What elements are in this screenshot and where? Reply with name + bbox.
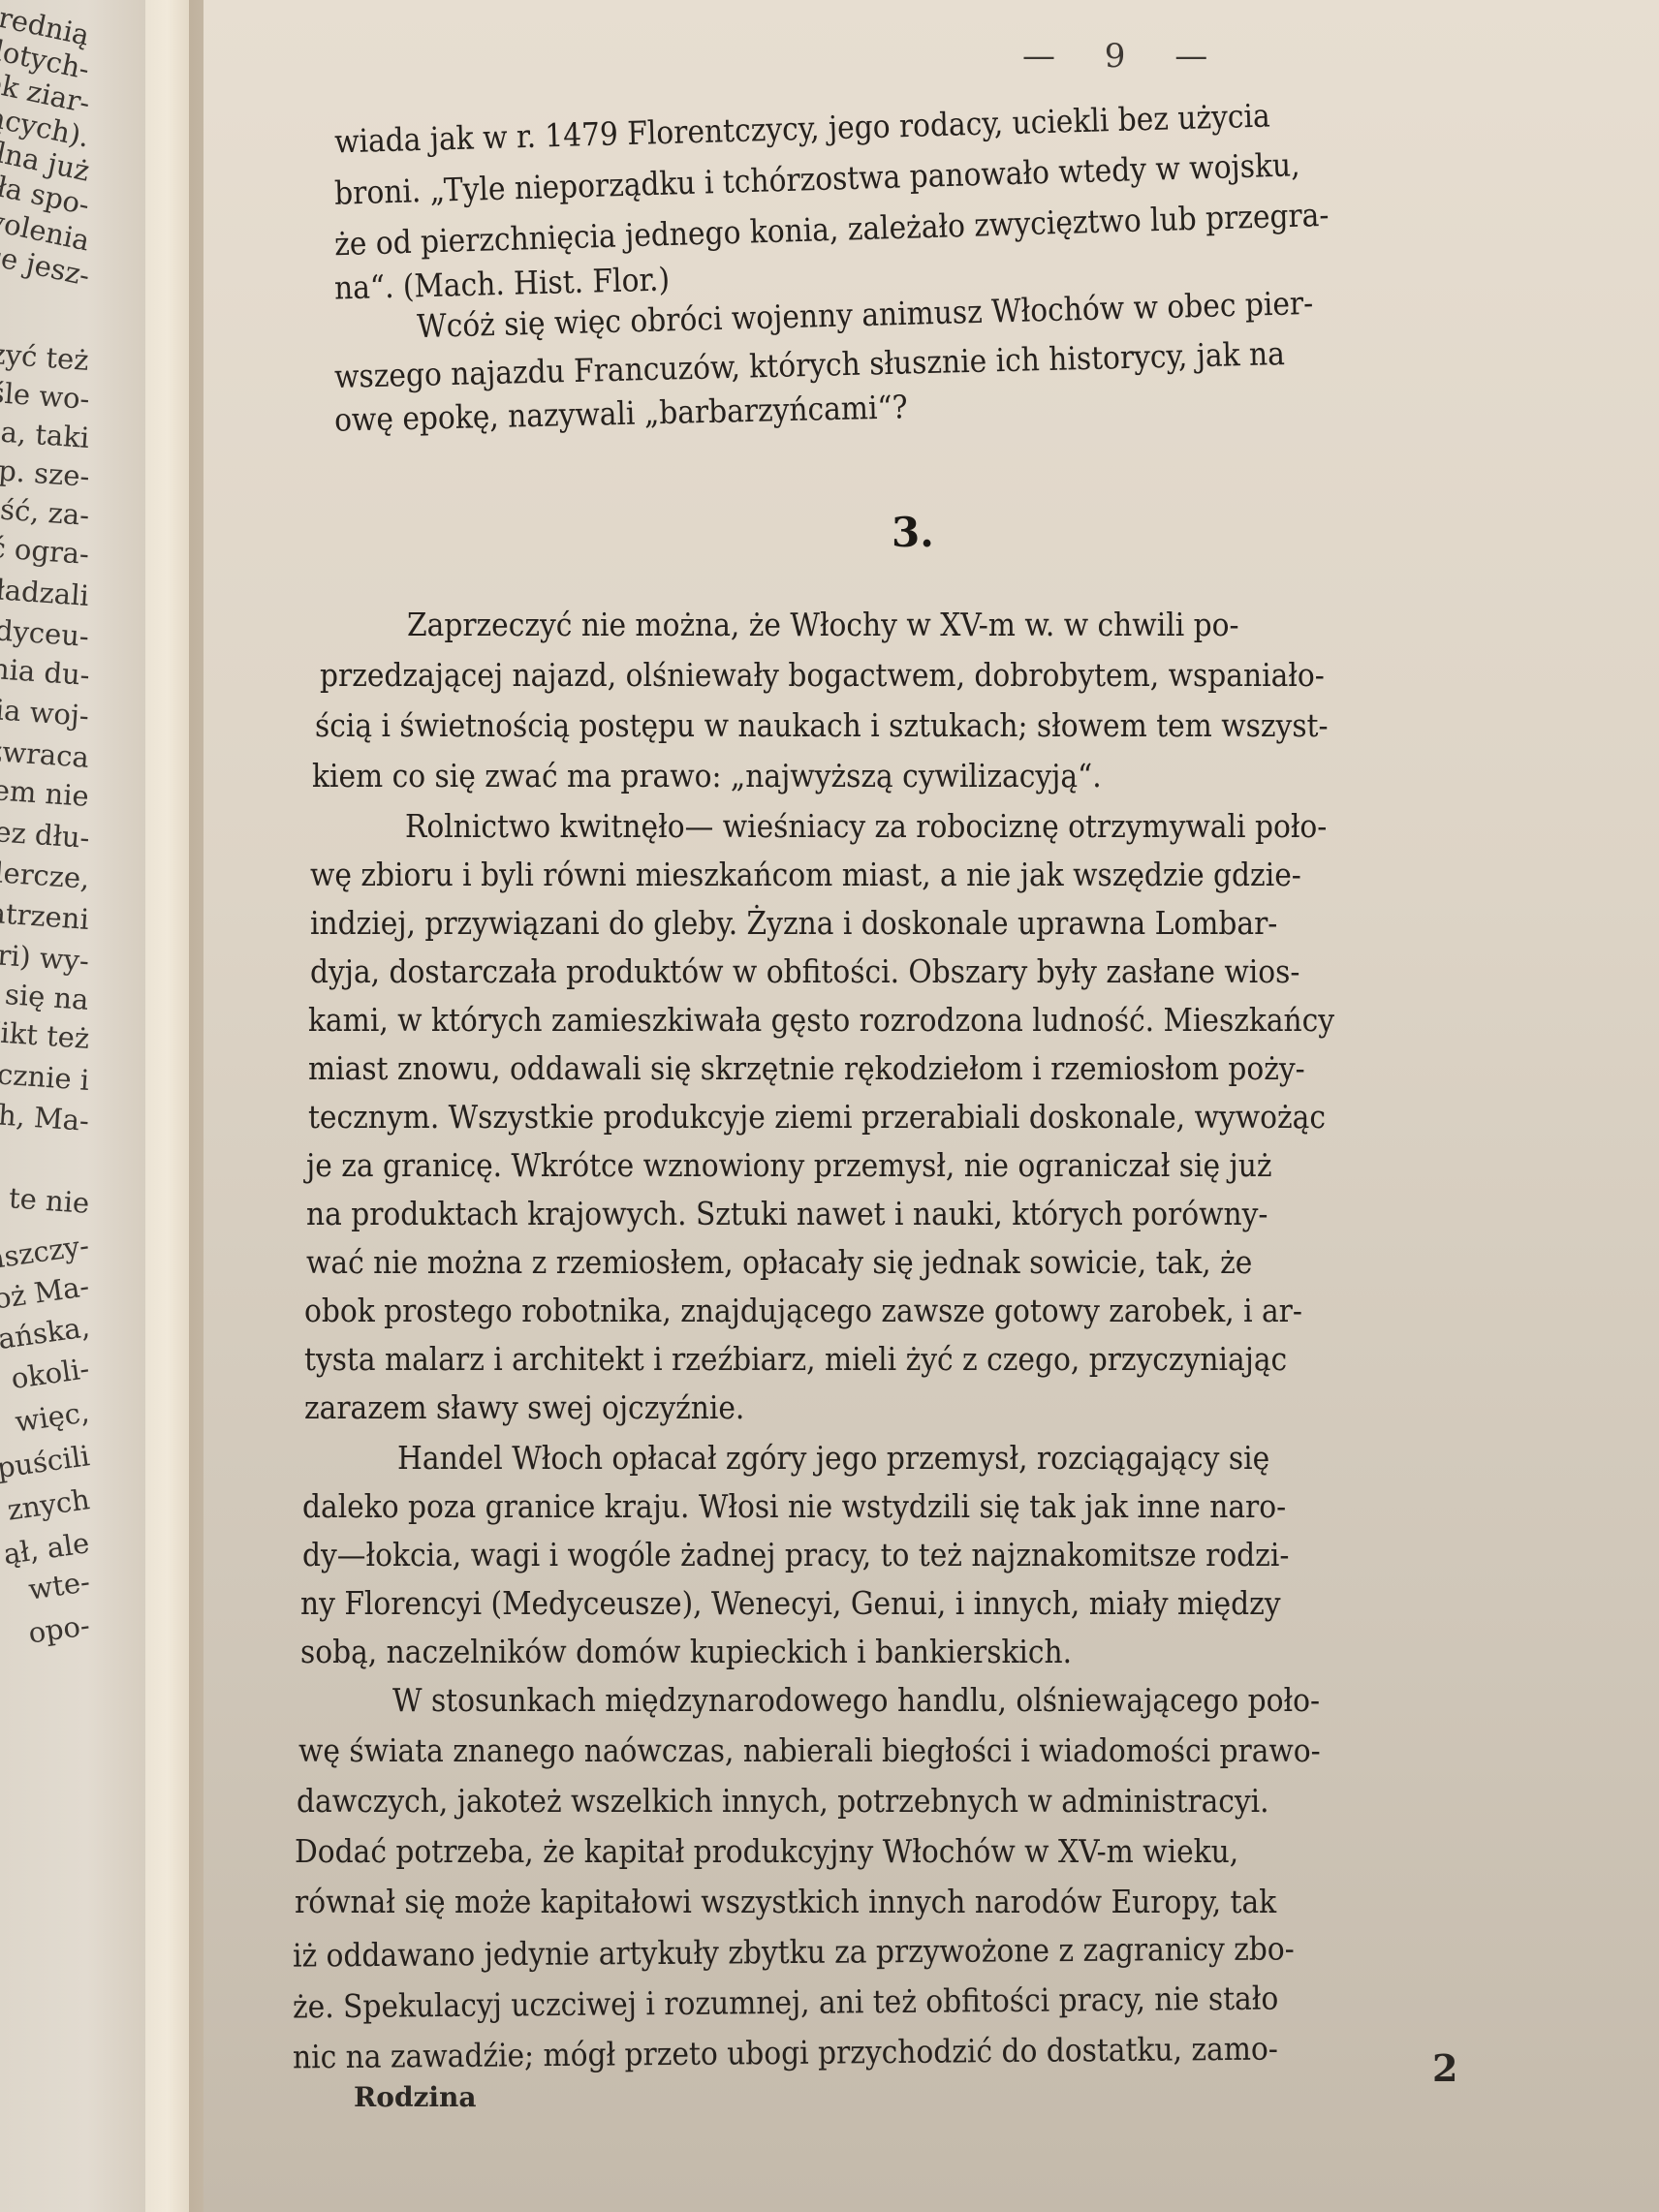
- text-line: ny Florencyi (Medyceusze), Wenecyi, Genu…: [300, 1579, 1281, 1629]
- left-page-text-fragment: iośle wo-: [0, 374, 90, 416]
- text-line: iż oddawano jedynie artykuły zbytku za p…: [293, 1924, 1295, 1980]
- left-page-text-fragment: orza, taki: [0, 412, 90, 454]
- sheet-number: 2: [1432, 2046, 1457, 2090]
- text-line: wę zbioru i byli równi mieszkańcom miast…: [310, 851, 1301, 900]
- left-page-text-fragment: oż Ma-: [0, 1269, 91, 1315]
- text-line: zarazem sławy swej ojczyźnie.: [304, 1384, 744, 1433]
- left-page-text-fragment: viem nie: [0, 771, 90, 813]
- left-page-text-fragment: znych: [5, 1482, 91, 1527]
- text-line: tecznym. Wszystkie produkcyje ziemi prze…: [308, 1093, 1326, 1142]
- left-page-text-fragment: Nikt też: [0, 1014, 90, 1055]
- left-page-text-fragment: wte-: [26, 1565, 92, 1605]
- left-page-text-fragment: cznie i: [0, 1057, 90, 1097]
- text-line: sobą, naczelników domów kupieckich i ban…: [300, 1628, 1072, 1677]
- left-page-text-fragment: ność, za-: [0, 490, 90, 532]
- text-line: Rolnictwo kwitnęło— wieśniacy za robociz…: [405, 802, 1327, 852]
- text-line: kiem co się zwać ma prawo: „najwyższą cy…: [312, 752, 1102, 801]
- left-page-text-fragment: Medyceu-: [0, 610, 90, 653]
- text-line: dy—łokcia, wagi i wogóle żadnej pracy, t…: [302, 1531, 1289, 1580]
- left-page-text-fragment: enia woj-: [0, 691, 90, 732]
- text-line: dawczych, jakoteż wszelkich innych, potr…: [297, 1777, 1269, 1826]
- left-page-text-fragment: zez dłu-: [0, 814, 90, 855]
- text-line: przedzającej najazd, olśniewały bogactwe…: [320, 651, 1325, 701]
- text-line: nic na zawadźie; mógł przeto ubogi przyc…: [293, 2025, 1278, 2082]
- left-page-text-fragment: nia du-: [0, 652, 90, 692]
- text-line: tysta malarz i architekt i rzeźbiarz, mi…: [304, 1335, 1287, 1385]
- signature-mark: Rodzina: [354, 2081, 477, 2113]
- left-page-text-fragment: oć ogra-: [0, 530, 90, 571]
- text-line: obok prostego robotnika, znajdującego za…: [304, 1287, 1302, 1336]
- text-line: daleko poza granice kraju. Włosi nie wst…: [302, 1482, 1286, 1532]
- text-line: wę świata znanego naówczas, nabierali bi…: [298, 1727, 1321, 1776]
- text-line: wać nie można z rzemiosłem, opłacały się…: [306, 1238, 1252, 1288]
- left-page-text-fragment: ął, ale: [2, 1526, 92, 1571]
- text-line: indziej, przywiązani do gleby. Żyzna i d…: [310, 899, 1277, 949]
- text-line: dyja, dostarczała produktów w obfitości.…: [310, 948, 1299, 997]
- left-page-text-fragment: patrzeni: [0, 895, 90, 936]
- left-page-text-fragment: osładzali: [0, 571, 90, 612]
- section-number: 3.: [892, 509, 934, 556]
- left-page-text-fragment: eczyć też: [0, 335, 90, 377]
- text-line: na produktach krajowych. Sztuki nawet i …: [306, 1190, 1268, 1239]
- text-line: że. Spekulacyj uczciwej i rozumnej, ani …: [293, 1975, 1279, 2032]
- page-gutter: [145, 0, 189, 2212]
- left-page-text-fragment: te nie: [8, 1181, 90, 1220]
- left-page-text-fragment: nszczy-: [0, 1229, 91, 1275]
- left-page-text-fragment: opo-: [26, 1608, 91, 1649]
- left-page-text-fragment: okoli-: [10, 1352, 92, 1395]
- left-page-text-fragment: się na: [5, 978, 91, 1016]
- left-facing-page: średniądotych-ek ziar-ążących).olna jużę…: [0, 0, 145, 2212]
- left-page-text-fragment: eri) wy-: [0, 937, 90, 978]
- text-line: Handel Włoch opłacał zgóry jego przemysł…: [397, 1434, 1269, 1483]
- book-page: — 9 — wiada jak w r. 1479 Florentczycy, …: [203, 0, 1659, 2212]
- left-page-text-fragment: lańska,: [0, 1310, 91, 1356]
- left-page-text-fragment: zwraca: [0, 734, 90, 774]
- text-line: Dodać potrzeba, że kapitał produkcyjny W…: [295, 1827, 1238, 1877]
- text-line: Zaprzeczyć nie można, że Włochy w XV-m w…: [407, 601, 1239, 650]
- text-line: miast znowu, oddawali się skrzętnie ręko…: [308, 1044, 1305, 1094]
- text-line: kami, w których zamieszkiwała gęsto rozr…: [308, 996, 1334, 1045]
- text-line: równał się może kapitałowi wszystkich in…: [295, 1878, 1276, 1927]
- left-page-text-fragment: rdercze,: [0, 855, 90, 895]
- left-page-text-fragment: i np. sze-: [0, 452, 90, 493]
- left-page-text-fragment: więc,: [14, 1395, 92, 1438]
- text-line: je za granicę. Wkrótce wznowiony przemys…: [306, 1141, 1271, 1191]
- page-number: — 9 —: [1022, 37, 1227, 76]
- left-page-text-fragment: h, Ma-: [0, 1098, 90, 1137]
- text-line: W stosunkach międzynarodowego handlu, ol…: [392, 1676, 1320, 1726]
- text-line: ścią i świetnością postępu w naukach i s…: [315, 701, 1329, 751]
- left-page-text-fragment: puścili: [0, 1439, 91, 1484]
